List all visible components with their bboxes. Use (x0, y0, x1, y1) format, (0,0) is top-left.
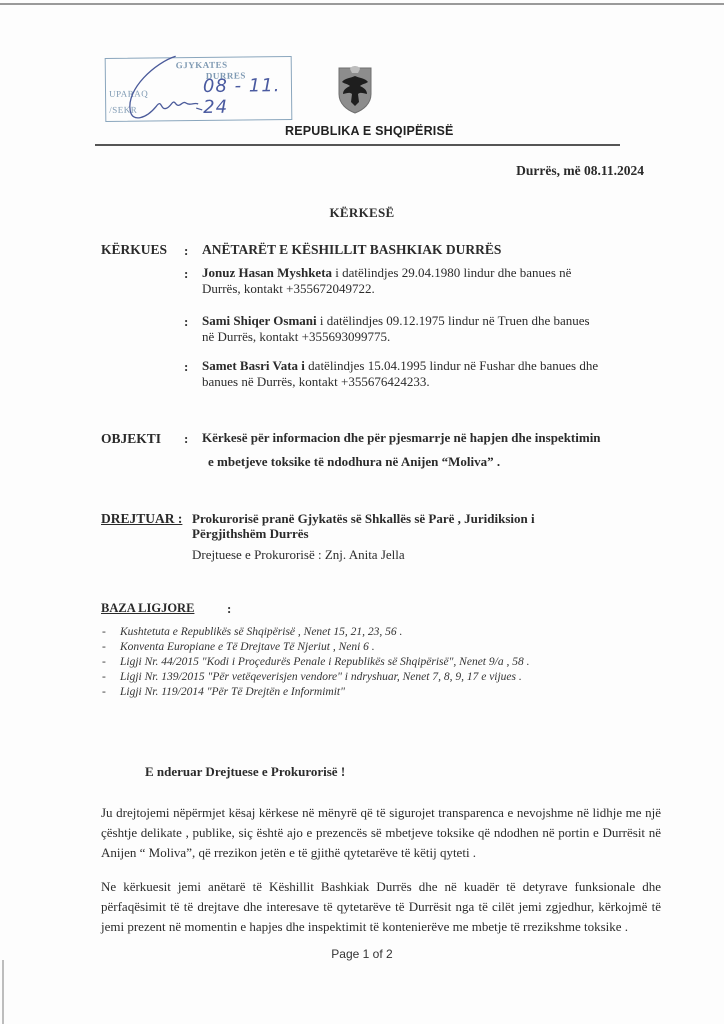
legal-basis-list: -Kushtetuta e Republikës së Shqipërisë ,… (100, 625, 660, 700)
addressed-line-1: Prokurorisë pranë Gjykatës së Shkallës s… (192, 511, 662, 526)
object-colon: : (184, 431, 188, 447)
person-2-details: i datëlindjes 09.12.1975 lindur në Truen… (317, 313, 590, 328)
person-3-name: Samet Basri Vata i (202, 358, 305, 373)
addressed-label: DREJTUAR : (101, 511, 182, 527)
scan-left-edge (2, 960, 4, 1024)
requester-heading: ANËTARËT E KËSHILLIT BASHKIAK DURRËS (202, 242, 501, 258)
person-3-colon: : (184, 359, 188, 375)
addressed-line-2: Përgjithshëm Durrës (192, 526, 662, 541)
court-receipt-stamp: GJYKATES DURRES UPARAQ /SEKR 08 - 11. 24 (105, 56, 293, 122)
person-3-details: datëlindjes 15.04.1995 lindur në Fushar … (305, 358, 598, 373)
person-2-colon: : (184, 314, 188, 330)
legal-basis-colon: : (227, 601, 231, 617)
prosecutor-head-name: Anita Jella (349, 547, 405, 562)
republic-heading: REPUBLIKA E SHQIPËRISË (285, 124, 454, 138)
object-line-2: e mbetjeve toksike të ndodhura në Anijen… (202, 450, 672, 474)
legal-basis-item: -Ligji Nr. 139/2015 "Për vetëqeverisjen … (100, 670, 660, 685)
body-paragraph-2: Ne kërkuesit jemi anëtarë të Këshillit B… (101, 877, 661, 937)
person-2-name: Sami Shiqer Osmani (202, 313, 317, 328)
person-1-name: Jonuz Hasan Myshketa (202, 265, 332, 280)
person-1-details: i datëlindjes 29.04.1980 lindur dhe banu… (332, 265, 571, 280)
person-1: Jonuz Hasan Myshketa i datëlindjes 29.04… (202, 265, 642, 297)
person-1-contact: Durrës, kontakt +355672049722. (202, 281, 375, 296)
person-3-contact: banues në Durrës, kontakt +355676424233. (202, 374, 430, 389)
header-divider (95, 144, 620, 146)
legal-basis-item: -Ligji Nr. 119/2014 "Për Të Drejtën e In… (100, 685, 660, 700)
coat-of-arms-icon (337, 64, 373, 114)
body-paragraph-1: Ju drejtojemi nëpërmjet kësaj kërkese në… (101, 803, 661, 863)
requester-label: KËRKUES (101, 242, 167, 258)
legal-basis-label: BAZA LIGJORE (101, 601, 194, 616)
object-line-1: Kërkesë për informacion dhe për pjesmarr… (202, 426, 672, 450)
signature-icon (116, 48, 227, 129)
person-1-colon: : (184, 266, 188, 282)
document-page: GJYKATES DURRES UPARAQ /SEKR 08 - 11. 24… (0, 0, 724, 1024)
prosecutor-head: Drejtuese e Prokurorisë : Znj. Anita Jel… (192, 547, 405, 563)
requester-colon: : (184, 243, 188, 259)
salutation: E nderuar Drejtuese e Prokurorisë ! (145, 764, 345, 780)
legal-basis-item: -Konventa Europiane e Të Drejtave Të Nje… (100, 640, 660, 655)
scan-top-edge (0, 3, 724, 5)
legal-basis-item: -Kushtetuta e Republikës së Shqipërisë ,… (100, 625, 660, 640)
document-title: KËRKESË (0, 205, 724, 221)
person-2-contact: në Durrës, kontakt +355693099775. (202, 329, 390, 344)
person-3: Samet Basri Vata i datëlindjes 15.04.199… (202, 358, 642, 390)
addressed-text: Prokurorisë pranë Gjykatës së Shkallës s… (192, 511, 662, 541)
place-and-date: Durrës, më 08.11.2024 (516, 163, 644, 179)
page-number: Page 1 of 2 (0, 947, 724, 961)
person-2: Sami Shiqer Osmani i datëlindjes 09.12.1… (202, 313, 642, 345)
object-label: OBJEKTI (101, 431, 161, 447)
legal-basis-item: -Ligji Nr. 44/2015 "Kodi i Proçedurës Pe… (100, 655, 660, 670)
prosecutor-head-prefix: Drejtuese e Prokurorisë : Znj. (192, 547, 349, 562)
object-text: Kërkesë për informacion dhe për pjesmarr… (202, 426, 672, 474)
